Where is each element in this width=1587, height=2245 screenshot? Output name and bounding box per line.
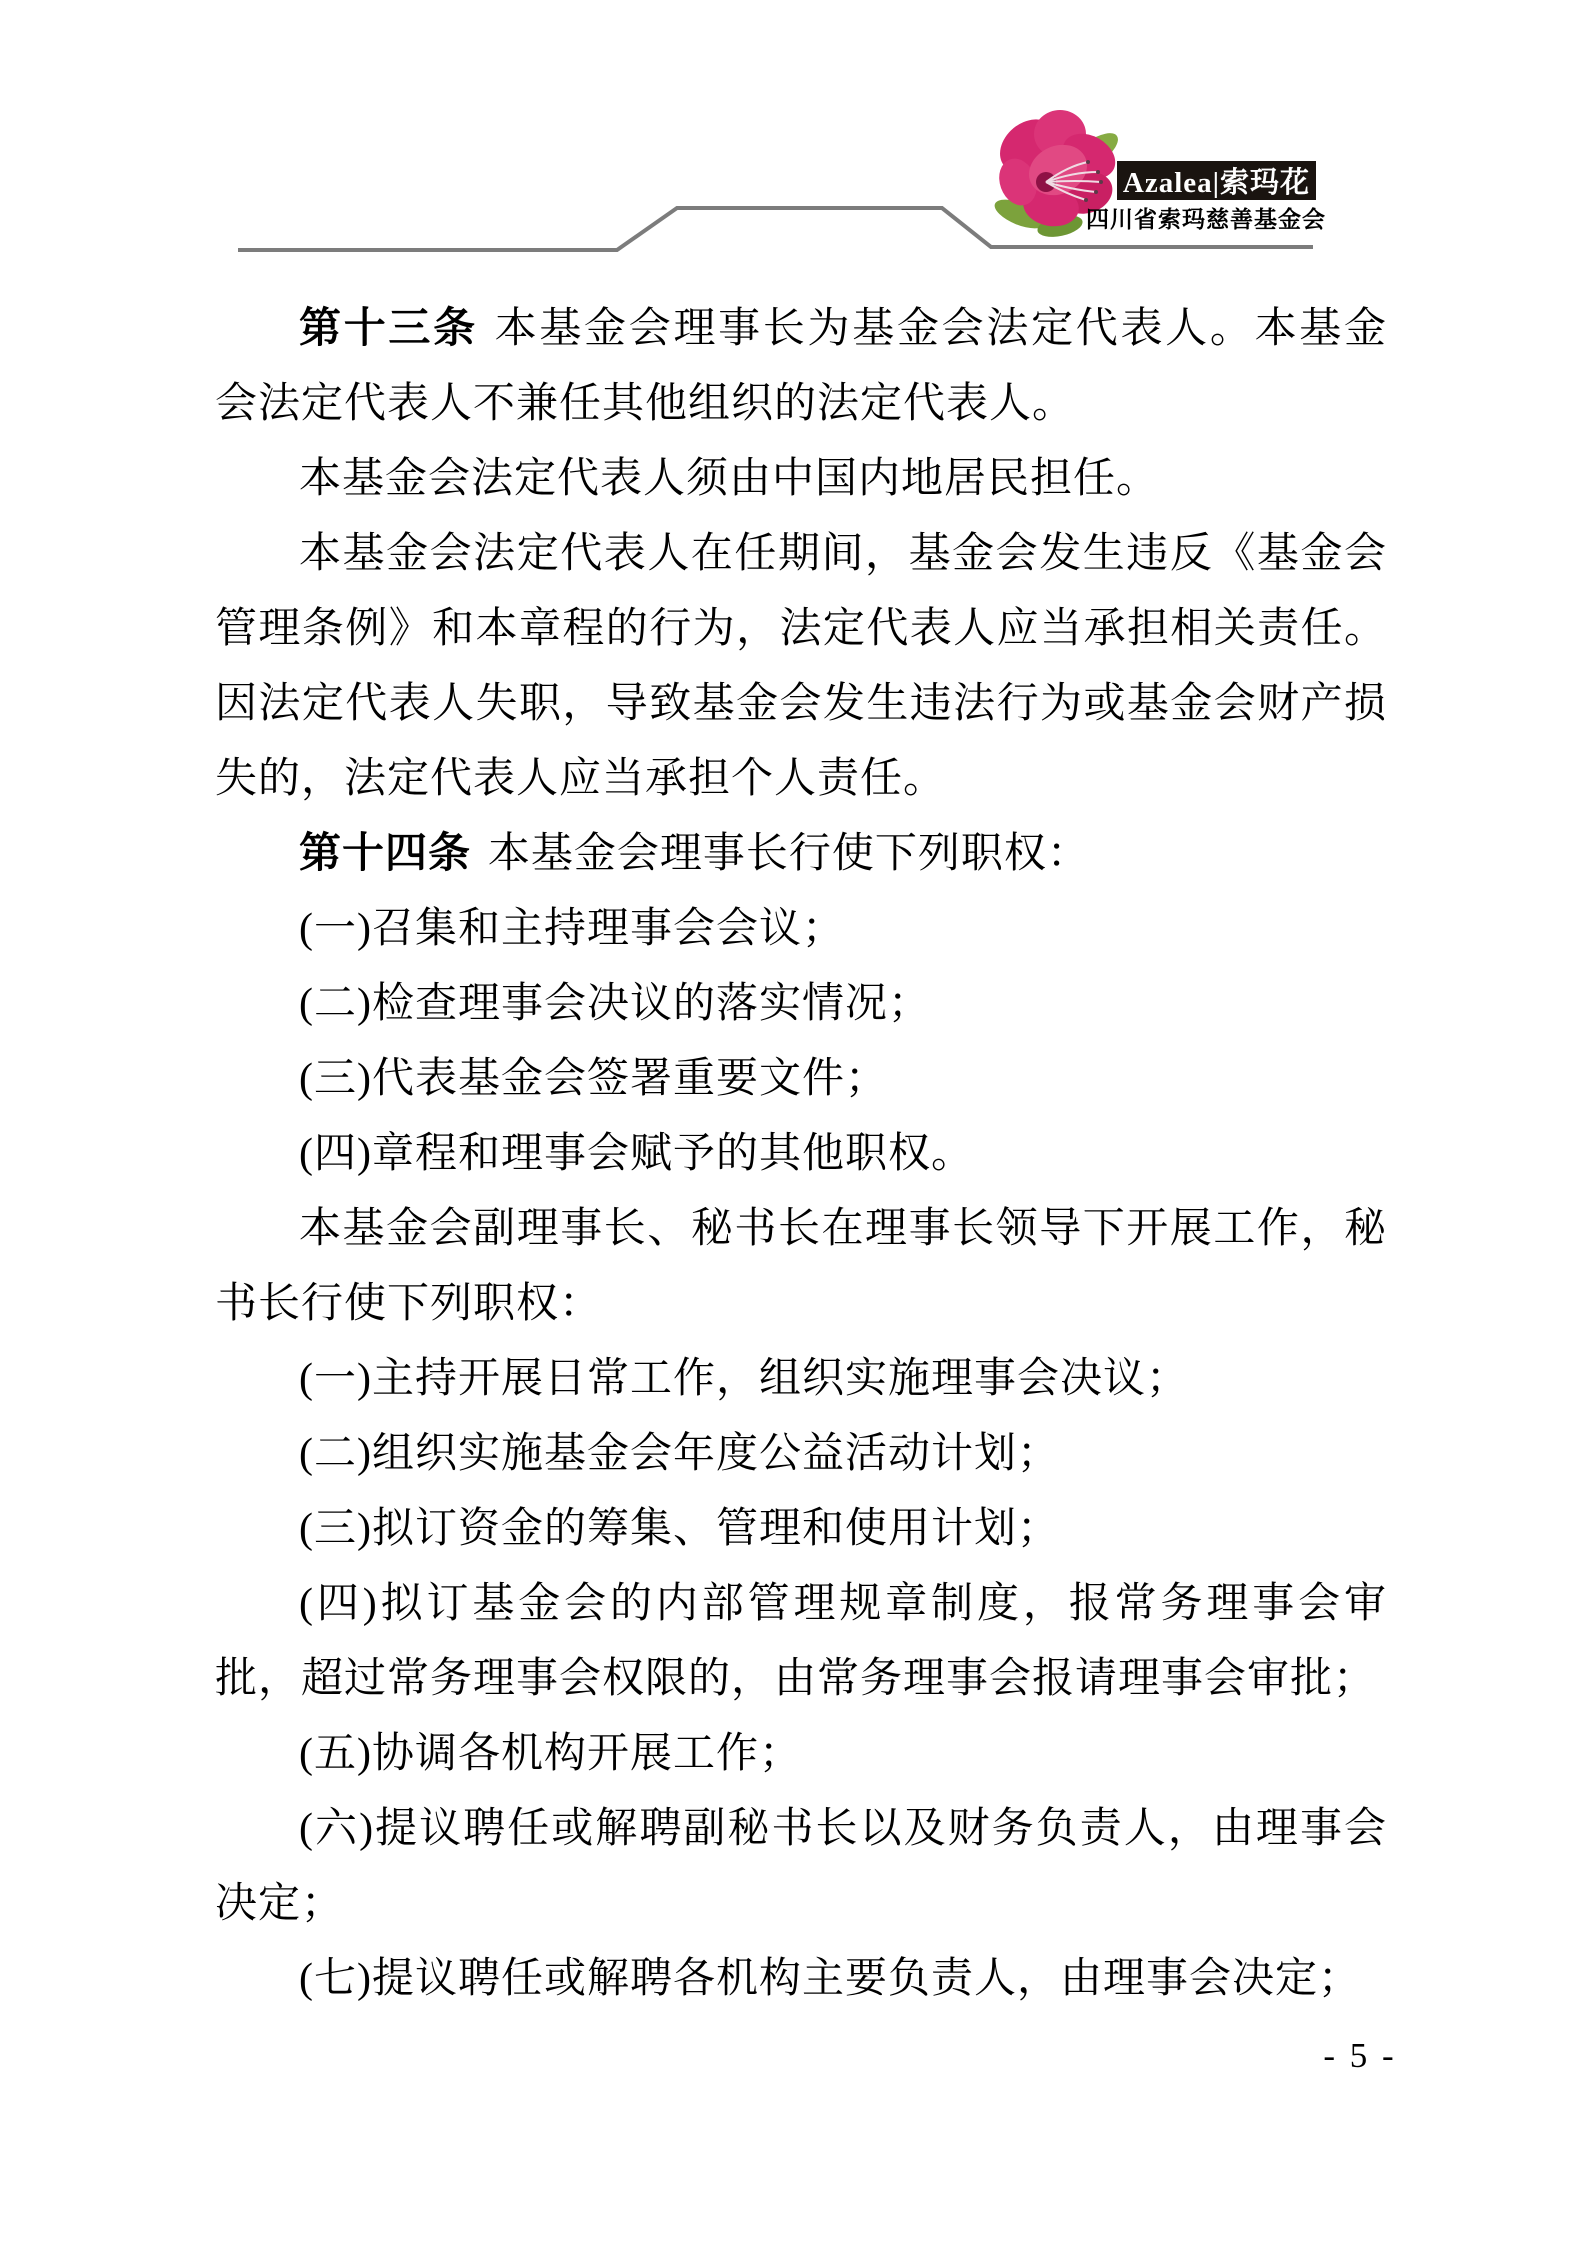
paragraph: 本基金会法定代表人在任期间，基金会发生违反《基金会管理条例》和本章程的行为，法定…: [215, 517, 1387, 817]
paragraph: (六)提议聘任或解聘副秘书长以及财务负责人，由理事会决定；: [215, 1792, 1387, 1942]
paragraph: (二)组织实施基金会年度公益活动计划；: [215, 1417, 1387, 1492]
paragraph-text: (六)提议聘任或解聘副秘书长以及财务负责人，由理事会决定；: [215, 1806, 1387, 1927]
brand-text: Azalea|索玛花: [1123, 160, 1310, 201]
document-page: Azalea|索玛花 四川省索玛慈善基金会 第十三条本基金会理事长为基金会法定代…: [0, 0, 1587, 2245]
brand-banner: Azalea|索玛花: [1117, 161, 1316, 200]
paragraph: (四)拟订基金会的内部管理规章制度，报常务理事会审批，超过常务理事会权限的，由常…: [215, 1567, 1387, 1717]
paragraph-text: 本基金会理事长行使下列职权：: [488, 831, 1090, 877]
paragraph-text: 本基金会法定代表人须由中国内地居民担任。: [299, 456, 1159, 502]
organization-name: 四川省索玛慈善基金会: [1086, 201, 1317, 234]
paragraph: 第十四条本基金会理事长行使下列职权：: [215, 817, 1387, 892]
paragraph-text: (四)拟订基金会的内部管理规章制度，报常务理事会审批，超过常务理事会权限的，由常…: [215, 1581, 1387, 1702]
paragraph: (四)章程和理事会赋予的其他职权。: [215, 1117, 1387, 1192]
paragraph-text: 本基金会法定代表人在任期间，基金会发生违反《基金会管理条例》和本章程的行为，法定…: [215, 531, 1387, 802]
paragraph: (二)检查理事会决议的落实情况；: [215, 967, 1387, 1042]
paragraph: (一)召集和主持理事会会议；: [215, 892, 1387, 967]
foundation-logo: Azalea|索玛花 四川省索玛慈善基金会: [0, 0, 1587, 260]
article-heading: 第十四条: [299, 831, 471, 877]
page-number: - 5 -: [1314, 2036, 1406, 2076]
paragraph: 本基金会副理事长、秘书长在理事长领导下开展工作，秘书长行使下列职权：: [215, 1192, 1387, 1342]
paragraph: (三)拟订资金的筹集、管理和使用计划；: [215, 1492, 1387, 1567]
paragraph-text: (三)代表基金会签署重要文件；: [299, 1056, 888, 1102]
paragraph-text: (一)主持开展日常工作，组织实施理事会决议；: [299, 1356, 1189, 1402]
paragraph: (一)主持开展日常工作，组织实施理事会决议；: [215, 1342, 1387, 1417]
paragraph-text: (二)检查理事会决议的落实情况；: [299, 981, 931, 1027]
paragraph: (五)协调各机构开展工作；: [215, 1717, 1387, 1792]
document-body: 第十三条本基金会理事长为基金会法定代表人。本基金会法定代表人不兼任其他组织的法定…: [215, 292, 1387, 2017]
paragraph: 本基金会法定代表人须由中国内地居民担任。: [215, 442, 1387, 517]
article-heading: 第十三条: [299, 306, 478, 352]
paragraph-text: (五)协调各机构开展工作；: [299, 1731, 802, 1777]
paragraph: 第十三条本基金会理事长为基金会法定代表人。本基金会法定代表人不兼任其他组织的法定…: [215, 292, 1387, 442]
paragraph-text: (一)召集和主持理事会会议；: [299, 906, 845, 952]
paragraph-text: (七)提议聘任或解聘各机构主要负责人，由理事会决定；: [299, 1956, 1361, 2002]
paragraph-text: (二)组织实施基金会年度公益活动计划；: [299, 1431, 1060, 1477]
paragraph-text: (四)章程和理事会赋予的其他职权。: [299, 1131, 974, 1177]
paragraph-text: 本基金会副理事长、秘书长在理事长领导下开展工作，秘书长行使下列职权：: [215, 1206, 1387, 1327]
paragraph: (三)代表基金会签署重要文件；: [215, 1042, 1387, 1117]
paragraph-text: (三)拟订资金的筹集、管理和使用计划；: [299, 1506, 1060, 1552]
paragraph: (七)提议聘任或解聘各机构主要负责人，由理事会决定；: [215, 1942, 1387, 2017]
